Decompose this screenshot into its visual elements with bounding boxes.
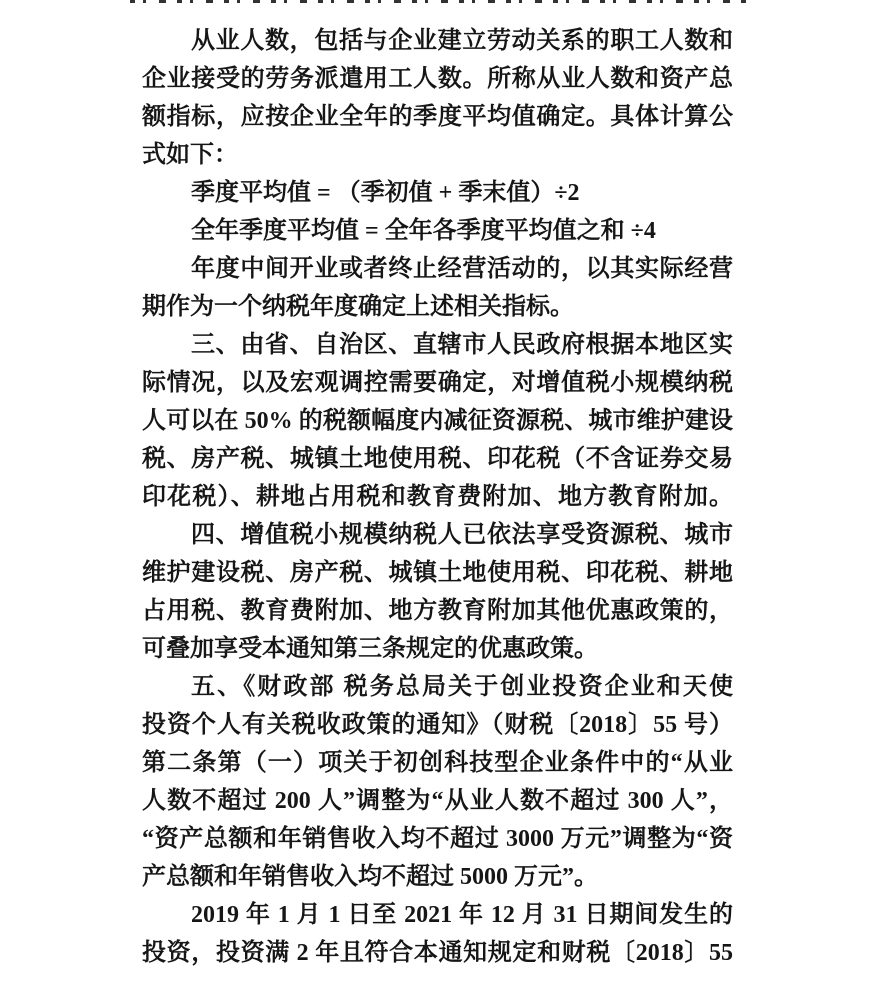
text-line: 维护建设税、房产税、城镇土地使用税、印花税、耕地 [142,554,733,592]
text-line: 印花税）、耕地占用税和教育费附加、地方教育附加。 [142,478,733,516]
text-line: 际情况，以及宏观调控需要确定，对增值税小规模纳税 [142,364,733,402]
document-body: 从业人数，包括与企业建立劳动关系的职工人数和企业接受的劳务派遣用工人数。所称从业… [142,22,733,972]
text-line: 第二条第（一）项关于初创科技型企业条件中的“从业 [142,744,733,782]
text-line: 五、《财政部 税务总局关于创业投资企业和天使 [142,668,733,706]
text-line: 期作为一个纳税年度确定上述相关指标。 [142,288,733,326]
document-page: 从业人数，包括与企业建立劳动关系的职工人数和企业接受的劳务派遣用工人数。所称从业… [0,0,873,982]
text-line: 产总额和年销售收入均不超过 5000 万元”。 [142,858,733,896]
text-line: 年度中间开业或者终止经营活动的，以其实际经营 [142,250,733,288]
text-line: 企业接受的劳务派遣用工人数。所称从业人数和资产总 [142,60,733,98]
text-line: 税、房产税、城镇土地使用税、印花税（不含证券交易 [142,440,733,478]
text-line: 人数不超过 200 人”调整为“从业人数不超过 300 人”， [142,782,733,820]
text-line: 额指标，应按企业全年的季度平均值确定。具体计算公 [142,98,733,136]
text-line: 式如下： [142,136,733,174]
text-line: 投资个人有关税收政策的通知》（财税〔2018〕55 号） [142,706,733,744]
text-line: “资产总额和年销售收入均不超过 3000 万元”调整为“资 [142,820,733,858]
clipped-previous-line-artifact [130,0,746,3]
text-line: 四、增值税小规模纳税人已依法享受资源税、城市 [142,516,733,554]
text-line: 占用税、教育费附加、地方教育附加其他优惠政策的， [142,592,733,630]
text-line: 2019 年 1 月 1 日至 2021 年 12 月 31 日期间发生的 [142,896,733,934]
text-line: 投资，投资满 2 年且符合本通知规定和财税〔2018〕55 [142,934,733,972]
text-line: 可叠加享受本通知第三条规定的优惠政策。 [142,630,733,668]
text-line: 季度平均值 = （季初值 + 季末值）÷2 [142,174,733,212]
text-line: 从业人数，包括与企业建立劳动关系的职工人数和 [142,22,733,60]
text-line: 人可以在 50% 的税额幅度内减征资源税、城市维护建设 [142,402,733,440]
text-line: 全年季度平均值 = 全年各季度平均值之和 ÷4 [142,212,733,250]
text-line: 三、由省、自治区、直辖市人民政府根据本地区实 [142,326,733,364]
